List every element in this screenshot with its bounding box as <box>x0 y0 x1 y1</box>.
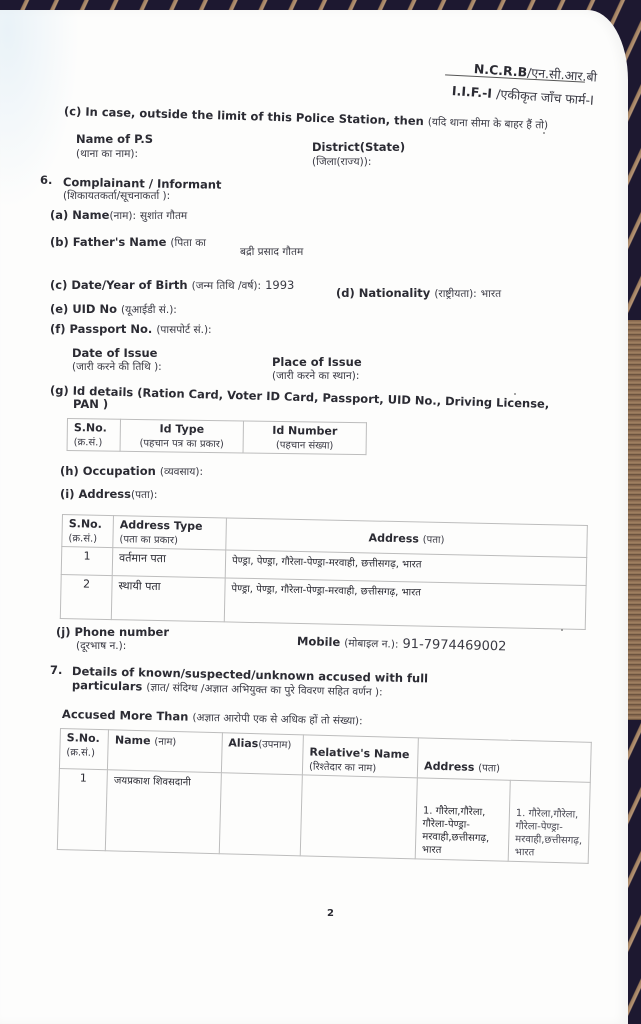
paper-speck <box>543 132 545 134</box>
ps-name-label-hi: (थाना का नाम): <box>76 147 138 161</box>
uid-label-hi: (यूआईडी सं.): <box>121 304 177 316</box>
uid-label: (e) UID No <box>50 302 117 316</box>
acc-name: जयप्रकाश शिवसदानी <box>106 770 221 854</box>
page-number: 2 <box>327 908 334 919</box>
phone-label-hi: (दूरभाष न.): <box>76 639 126 653</box>
acc-sno: 1 <box>57 768 107 850</box>
ps-name-label: Name of P.S <box>76 132 153 146</box>
address-label: (i) Address <box>60 487 131 501</box>
accused-table: S.No.(क्र.सं.) Name (नाम) Alias(उपनाम) R… <box>57 728 592 864</box>
dob-row: (c) Date/Year of Birth (जन्म तिथि /वर्ष)… <box>50 278 294 293</box>
mobile-label-hi: (मोबाइल न.): <box>344 637 399 650</box>
mobile-label: Mobile <box>297 634 341 649</box>
father-name-label: (b) Father's Name <box>50 235 166 249</box>
id-table-header: S.No.(क्र.सं.) Id Type(पहचान पत्र का प्र… <box>67 419 366 455</box>
father-name-label-hi: (पिता का <box>170 237 206 249</box>
father-name-row: (b) Father's Name (पिता का <box>50 235 206 250</box>
name-label: (a) Name <box>50 208 109 222</box>
accused-title-en: particulars <box>72 678 143 693</box>
paper-speck <box>561 629 563 631</box>
nationality-value: भारत <box>481 288 501 300</box>
acc-col-alias: Alias(उपनाम) <box>221 733 303 775</box>
passport-label: (f) Passport No. <box>50 322 152 336</box>
complainant-title-hi: (शिकायतकर्ता/सूचनाकर्ता ): <box>63 189 170 203</box>
occupation-label-hi: (व्यवसाय): <box>160 466 203 478</box>
accused-more-than-hi: (अज्ञात आरोपी एक से अधिक हों तो संख्या): <box>192 712 362 728</box>
name-label-hi: (नाम): <box>109 210 136 222</box>
addr-col-type: Address Type(पता का प्रकार) <box>113 516 227 550</box>
id-details-table: S.No.(क्र.सं.) Id Type(पहचान पत्र का प्र… <box>67 418 367 455</box>
outside-ps-label-hi: (यदि थाना सीमा के बाहर हैं तो) <box>428 116 549 131</box>
accused-more-than-label: Accused More Than <box>62 707 189 724</box>
id-col-sno: S.No.(क्र.सं.) <box>67 419 120 452</box>
id-col-type: Id Type(पहचान पत्र का प्रकार) <box>120 419 243 453</box>
occupation-label: (h) Occupation <box>60 464 156 478</box>
mobile-value: 91-7974469002 <box>402 637 506 655</box>
district-label-hi: (जिला(राज्य)): <box>312 155 371 169</box>
section-6-number: 6. <box>40 173 52 187</box>
acc-alias <box>219 773 302 856</box>
uid-row: (e) UID No (यूआईडी सं.): <box>50 302 177 317</box>
addr-value: पेण्ड्रा, पेण्ड्रा, गौरेला-पेण्ड्रा-मरवा… <box>224 578 586 630</box>
acc-col-relative: Relative's Name(रिश्तेदार का नाम) <box>302 735 418 778</box>
acc-col-sno: S.No.(क्र.सं.) <box>59 729 108 770</box>
father-name-value: बद्री प्रसाद गौतम <box>240 245 303 259</box>
date-of-issue-label-hi: (जारी करने की तिथि ): <box>72 360 162 374</box>
dob-label-hi: (जन्म तिथि /वर्ष): <box>192 280 261 292</box>
addr-sno: 2 <box>60 574 112 619</box>
address-row-label: (i) Address(पता): <box>60 487 157 502</box>
addr-type: स्थायी पता <box>111 576 225 622</box>
date-of-issue-label: Date of Issue <box>72 346 157 360</box>
nationality-row: (d) Nationality (राष्ट्रीयता): भारत <box>336 286 501 301</box>
acc-address-2: 1. गौरेला,गौरेला, गौरेला-पेण्ड्रा-मरवाही… <box>508 780 590 863</box>
header-iif-en: I.I.F.-I <box>451 83 492 101</box>
complainant-name-row: (a) Name(नाम): सुशांत गौतम <box>50 208 187 223</box>
complainant-name-value: सुशांत गौतम <box>140 210 187 222</box>
phone-label: (j) Phone number <box>56 625 169 639</box>
table-row: 1 जयप्रकाश शिवसदानी 1. गौरेला,गौरेला, गौ… <box>57 768 590 863</box>
section-7-number: 7. <box>50 663 62 677</box>
passport-label-hi: (पासपोर्ट सं.): <box>156 324 211 336</box>
acc-col-name: Name (नाम) <box>108 730 222 773</box>
id-col-number: Id Number(पहचान संख्या) <box>243 421 366 455</box>
district-label: District(State) <box>312 140 405 154</box>
acc-relative <box>300 775 417 859</box>
acc-address-1: 1. गौरेला,गौरेला, गौरेला-पेण्ड्रा-मरवाही… <box>415 778 510 861</box>
place-of-issue-label: Place of Issue <box>272 355 362 369</box>
acc-col-address: Address (पता) <box>417 738 591 783</box>
occupation-row: (h) Occupation (व्यवसाय): <box>60 464 203 479</box>
paper-speck <box>514 393 516 395</box>
passport-row: (f) Passport No. (पासपोर्ट सं.): <box>50 322 212 337</box>
nationality-label: (d) Nationality <box>336 286 430 300</box>
background-edge <box>627 320 641 720</box>
addr-col-sno: S.No.(क्र.सं.) <box>62 515 114 548</box>
nationality-label-hi: (राष्ट्रीयता): <box>434 288 476 300</box>
dob-label: (c) Date/Year of Birth <box>50 278 188 292</box>
id-details-label-line2: PAN ) <box>73 397 108 411</box>
address-label-hi: (पता): <box>131 489 157 501</box>
address-table: S.No.(क्र.सं.) Address Type(पता का प्रका… <box>60 514 588 630</box>
dob-value: 1993 <box>265 278 294 292</box>
place-of-issue-label-hi: (जारी करने का स्थान): <box>272 369 359 383</box>
addr-type: वर्तमान पता <box>112 548 226 578</box>
addr-sno: 1 <box>61 547 113 576</box>
